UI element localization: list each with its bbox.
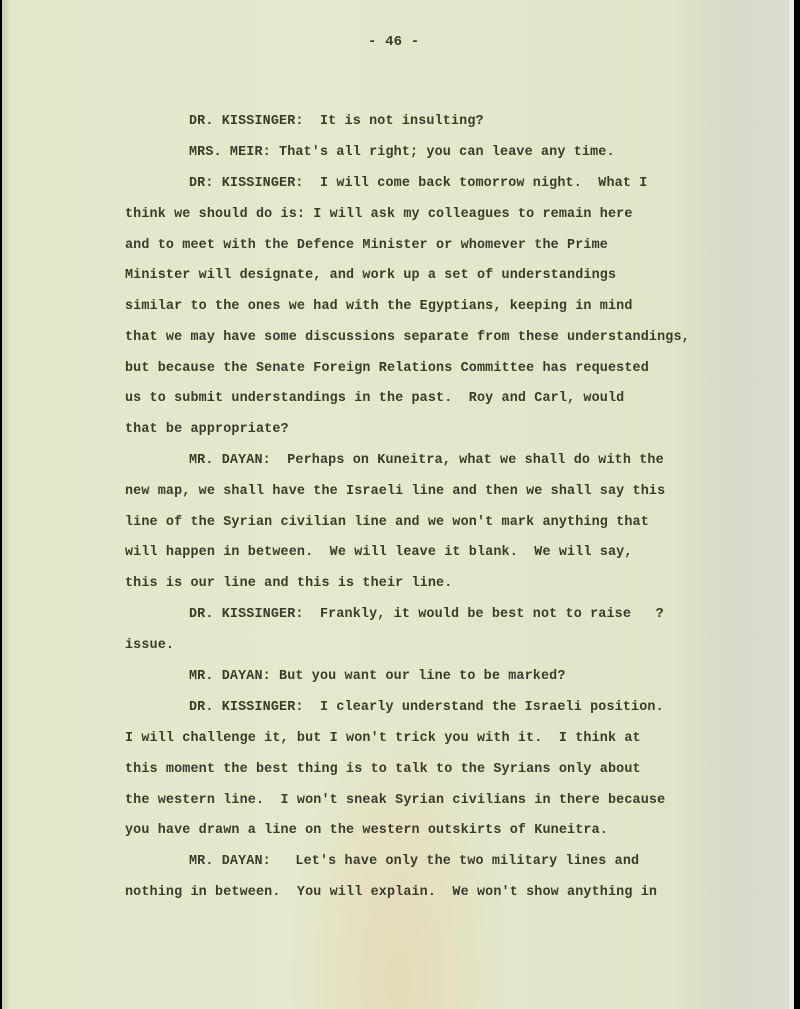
text-line: similar to the ones we had with the Egyp… [125,299,633,314]
text-line: nothing in between. You will explain. We… [125,885,657,900]
text-line: us to submit understandings in the past.… [125,391,624,406]
text-line-speaker: MR. DAYAN: Perhaps on Kuneitra, what we … [189,453,664,468]
text-line: that we may have some discussions separa… [125,330,690,345]
text-line: and to meet with the Defence Minister or… [125,238,608,253]
text-line-speaker: DR. KISSINGER: It is not insulting? [189,114,484,129]
text-line-speaker: MRS. MEIR: That's all right; you can lea… [189,145,615,160]
text-line-speaker: MR. DAYAN: But you want our line to be m… [189,669,566,684]
text-line: this moment the best thing is to talk to… [125,762,641,777]
text-line: you have drawn a line on the western out… [125,823,608,838]
text-line: that be appropriate? [125,422,289,437]
text-line-speaker: DR: KISSINGER: I will come back tomorrow… [189,176,647,191]
text-line: but because the Senate Foreign Relations… [125,361,649,376]
page-number: - 46 - [368,34,419,50]
text-line-speaker: DR. KISSINGER: Frankly, it would be best… [189,607,664,622]
text-line: line of the Syrian civilian line and we … [125,515,649,530]
text-line-speaker: DR. KISSINGER: I clearly understand the … [189,700,664,715]
text-line: Minister will designate, and work up a s… [125,268,616,283]
document-page: - 46 - DR. KISSINGER: It is not insultin… [2,0,794,1009]
text-line: will happen in between. We will leave it… [125,545,633,560]
text-line: the western line. I won't sneak Syrian c… [125,793,665,808]
text-line: think we should do is: I will ask my col… [125,207,633,222]
text-line: I will challenge it, but I won't trick y… [125,731,641,746]
text-line: issue. [125,638,174,653]
text-line-speaker: MR. DAYAN: Let's have only the two milit… [189,854,639,869]
text-line: this is our line and this is their line. [125,576,452,591]
text-line: new map, we shall have the Israeli line … [125,484,665,499]
